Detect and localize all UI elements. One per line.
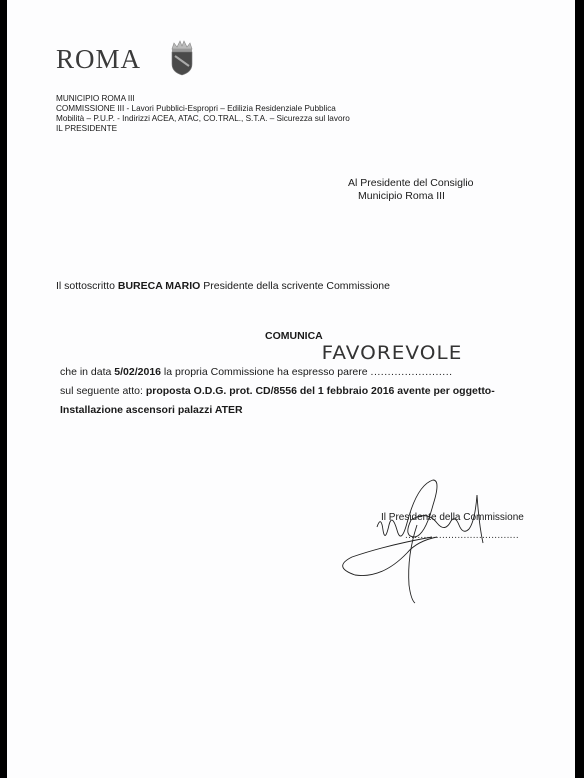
header-line: MUNICIPIO ROMA III bbox=[56, 94, 350, 104]
header-line: Mobilità – P.U.P. - Indirizzi ACEA, ATAC… bbox=[56, 114, 350, 124]
handwritten-opinion: FAVOREVOLE bbox=[322, 342, 463, 364]
body-line-1: che in data 5/02/2016 la propria Commiss… bbox=[60, 366, 453, 378]
line2-prefix: sul seguente atto: bbox=[60, 385, 146, 397]
fill-dots: ........................ bbox=[371, 366, 453, 378]
line1-prefix: che in data bbox=[60, 366, 114, 378]
signer-name: BURECA MARIO bbox=[118, 280, 200, 292]
body-line-2: sul seguente atto: proposta O.D.G. prot.… bbox=[60, 385, 495, 397]
body-line-3: Installazione ascensori palazzi ATER bbox=[60, 404, 243, 416]
handwritten-signature-icon bbox=[337, 475, 537, 605]
recipient-address: Al Presidente del Consiglio Municipio Ro… bbox=[348, 177, 474, 203]
intro-paragraph: Il sottoscritto BURECA MARIO Presidente … bbox=[56, 280, 390, 292]
header-line: IL PRESIDENTE bbox=[56, 124, 350, 134]
recipient-line: Municipio Roma III bbox=[348, 190, 474, 203]
document-page: ROMA MUNICIPIO ROMA III COMMISSIONE III … bbox=[7, 0, 575, 778]
opinion-date: 5/02/2016 bbox=[114, 366, 161, 378]
letterhead-header: MUNICIPIO ROMA III COMMISSIONE III - Lav… bbox=[56, 94, 350, 134]
intro-suffix: Presidente della scrivente Commissione bbox=[200, 280, 390, 292]
roma-logo-text: ROMA bbox=[56, 44, 141, 75]
line1-suffix: la propria Commissione ha espresso parer… bbox=[161, 366, 371, 378]
intro-prefix: Il sottoscritto bbox=[56, 280, 118, 292]
header-line: COMMISSIONE III - Lavori Pubblici-Esprop… bbox=[56, 104, 350, 114]
coat-of-arms-icon bbox=[169, 40, 195, 76]
act-reference: proposta O.D.G. prot. CD/8556 del 1 febb… bbox=[146, 385, 495, 397]
comunica-heading: COMUNICA bbox=[265, 330, 323, 342]
recipient-line: Al Presidente del Consiglio bbox=[348, 177, 474, 190]
